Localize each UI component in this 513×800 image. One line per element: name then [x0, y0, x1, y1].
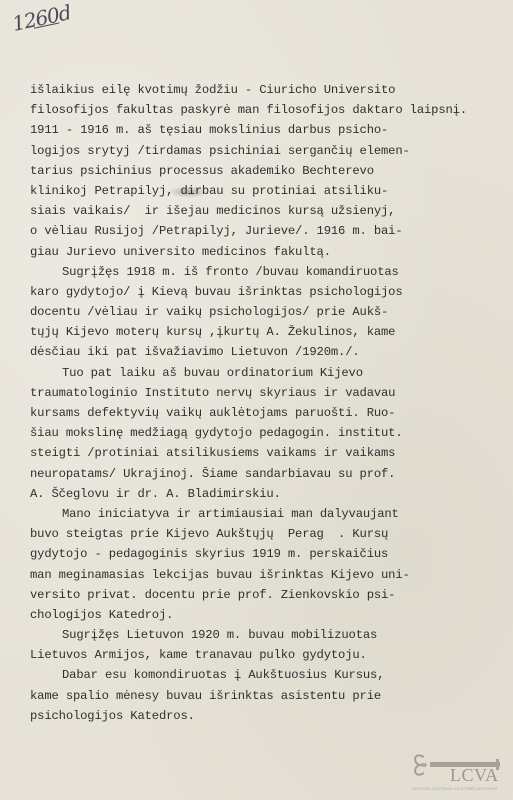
text-line: siais vaikais/ ir išejau medicinos kursą… — [30, 201, 500, 221]
text-line: Mano iniciatyva ir artimiausiai man daly… — [30, 504, 500, 524]
paragraph: išlaikius eilę kvotimų žodžiu - Ciuricho… — [30, 80, 500, 262]
archive-watermark: LCVA LIETUVOS CENTRINIS VALSTYBĖS ARCHYV… — [410, 745, 510, 797]
text-line: A. Ščeglovu ir dr. A. Bladimirskiu. — [30, 484, 500, 504]
text-line: buvo steigtas prie Kijevo Aukštųjų Perag… — [30, 524, 500, 544]
text-line: tųjų Kijevo moterų kursų ,įkurtų A. Žeku… — [30, 322, 500, 342]
text-line: gydytojo - pedagoginis skyrius 1919 m. p… — [30, 544, 500, 564]
archive-stamp-label: LCVA — [450, 765, 499, 786]
text-line: 1911 - 1916 m. aš tęsiau mokslinius darb… — [30, 120, 500, 140]
text-line: karo gydytojo/ į Kievą buvau išrinktas p… — [30, 282, 500, 302]
archive-stamp-sublabel: LIETUVOS CENTRINIS VALSTYBĖS ARCHYVAS — [412, 787, 497, 791]
paragraph: Dabar esu komondiruotas į Aukštuosius Ku… — [30, 665, 500, 726]
text-line: klinikoj Petrapilyj, dirbau su protiniai… — [30, 181, 500, 201]
archive-page-number: 1260d — [10, 0, 72, 36]
text-line: psichologijos Katedros. — [30, 706, 500, 726]
typewritten-text: išlaikius eilę kvotimų žodžiu - Ciuricho… — [30, 80, 500, 726]
text-line: Sugrįžęs 1918 m. iš fronto /buvau komand… — [30, 262, 500, 282]
text-line: išlaikius eilę kvotimų žodžiu - Ciuricho… — [30, 80, 500, 100]
text-line: šiau mokslinę medžiagą gydytojo pedagogi… — [30, 423, 500, 443]
text-line: filosofijos fakultas paskyrė man filosof… — [30, 100, 500, 120]
paragraph: Mano iniciatyva ir artimiausiai man daly… — [30, 504, 500, 625]
text-line: neuropatams/ Ukrajinoj. Šiame sandarbiav… — [30, 464, 500, 484]
text-line: Tuo pat laiku aš buvau ordinatorium Kije… — [30, 363, 500, 383]
text-line: versito privat. docentu prie prof. Zienk… — [30, 585, 500, 605]
text-line: man meginamasias lekcijas buvau išrinkta… — [30, 565, 500, 585]
text-line: steigti /protiniai atsilikusiems vaikams… — [30, 443, 500, 463]
text-line: dėsčiau iki pat išvažiavimo Lietuvon /19… — [30, 342, 500, 362]
document-page: 1260d išlaikius eilę kvotimų žodžiu - Ci… — [0, 0, 513, 800]
text-line: giau Jurievo universito medicinos fakult… — [30, 242, 500, 262]
text-line: kursams defektyvių vaikų auklėtojams par… — [30, 403, 500, 423]
text-line: chologijos Katedroj. — [30, 605, 500, 625]
text-line: tarius psichinius processus akademiko Be… — [30, 161, 500, 181]
text-line: kame spalio mėnesy buvau išrinktas asist… — [30, 686, 500, 706]
text-line: o vėliau Rusijoj /Petrapilyj, Jurieve/. … — [30, 221, 500, 241]
text-line: Sugrįžęs Lietuvon 1920 m. buvau mobilizu… — [30, 625, 500, 645]
text-line: Dabar esu komondiruotas į Aukštuosius Ku… — [30, 665, 500, 685]
text-line: traumatologinio Instituto nervų skyriaus… — [30, 383, 500, 403]
text-line: logijos srytyj /tirdamas psichiniai serg… — [30, 141, 500, 161]
paragraph: Sugrįžęs Lietuvon 1920 m. buvau mobilizu… — [30, 625, 500, 665]
paragraph: Sugrįžęs 1918 m. iš fronto /buvau komand… — [30, 262, 500, 363]
paragraph: Tuo pat laiku aš buvau ordinatorium Kije… — [30, 363, 500, 504]
text-line: Lietuvos Armijos, kame tranavau pulko gy… — [30, 645, 500, 665]
text-line: docentu /vėliau ir vaikų psichologijos/ … — [30, 302, 500, 322]
